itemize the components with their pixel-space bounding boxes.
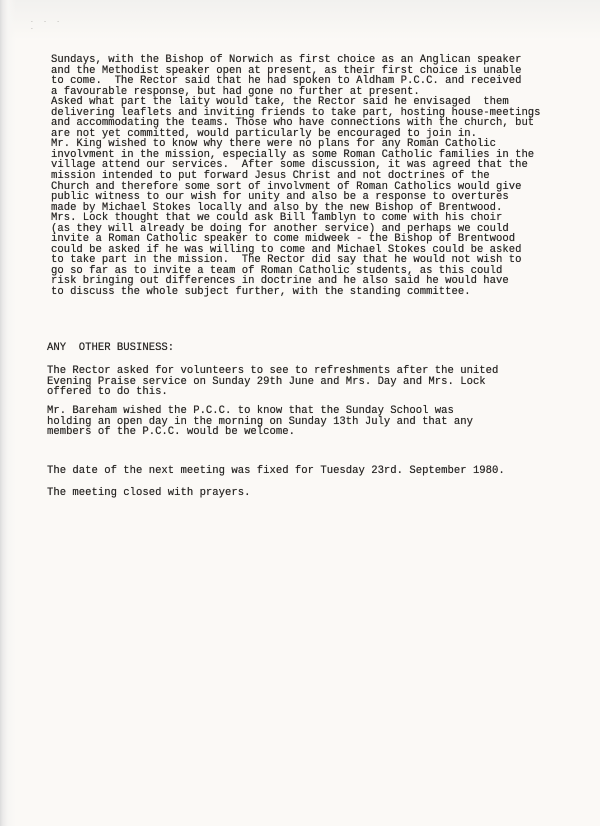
text-line: offered to do this.	[47, 387, 498, 398]
document-page: - - - - Sundays, with the Bishop of Norw…	[0, 0, 600, 826]
text-line: to discuss the whole subject further, wi…	[51, 287, 541, 298]
paragraph-refreshments: The Rector asked for volunteers to see t…	[47, 366, 498, 398]
text-line: Mr. Bareham wished the P.C.C. to know th…	[47, 406, 473, 417]
paragraph-sunday-school: Mr. Bareham wished the P.C.C. to know th…	[47, 406, 473, 438]
text-line: The meeting closed with prayers.	[47, 488, 250, 499]
paragraph-mission: Sundays, with the Bishop of Norwich as f…	[51, 55, 541, 298]
text-line: Sundays, with the Bishop of Norwich as f…	[51, 55, 541, 66]
text-line: members of the P.C.C. would be welcome.	[47, 427, 473, 438]
paragraph-closing: The meeting closed with prayers.	[47, 488, 250, 499]
text-line: The Rector asked for volunteers to see t…	[47, 366, 498, 377]
text-line: The date of the next meeting was fixed f…	[47, 466, 505, 477]
paragraph-next-meeting: The date of the next meeting was fixed f…	[47, 466, 505, 477]
text-line: mission intended to put forward Jesus Ch…	[51, 171, 541, 182]
corner-mark: - - - -	[30, 18, 70, 22]
heading-any-other-business: ANY OTHER BUSINESS:	[47, 343, 174, 354]
